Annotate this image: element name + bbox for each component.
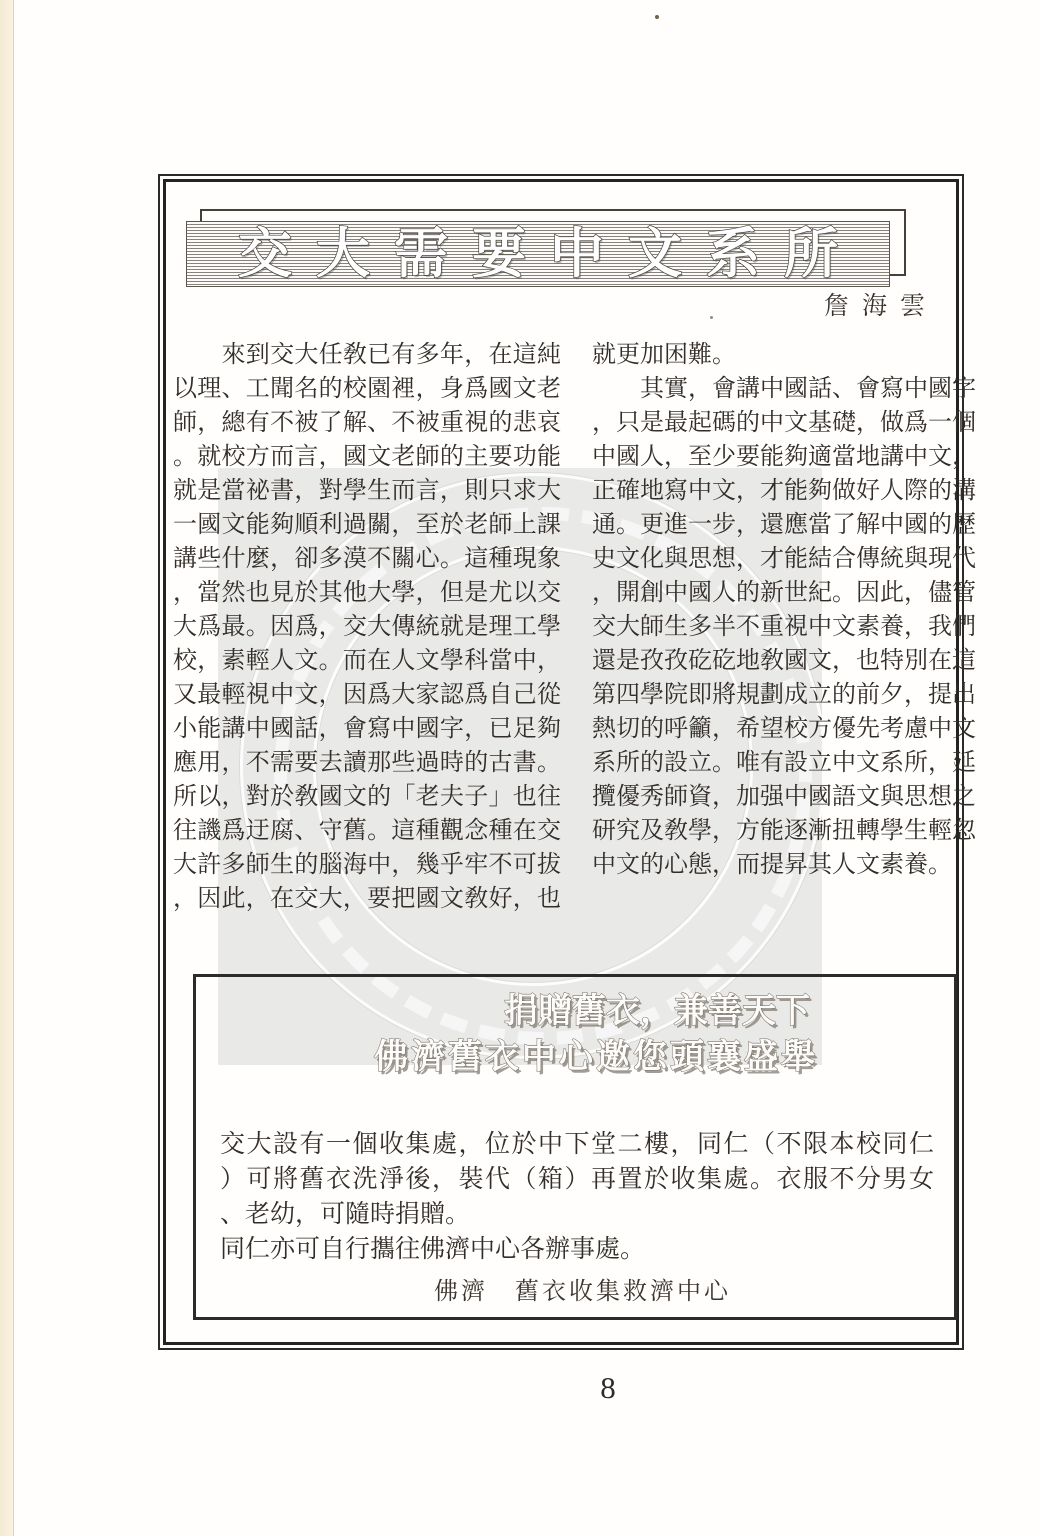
article-line: 攬優秀師資，加强中國語文與思想之 (592, 780, 975, 814)
article-line: 中國人，至少要能夠適當地講中文， (592, 440, 975, 474)
article-line: 通。更進一步，還應當了解中國的歷 (592, 508, 975, 542)
article-line: ，當然也見於其他大學，但是尤以交 (173, 576, 561, 610)
scan-edge-strip (0, 0, 14, 1536)
article-right-column: 就更加困難。 其實，會講中國話、會寫中國字 ，只是最起碼的中文基礎，做爲一個 中… (592, 338, 975, 882)
article-line: ，只是最起碼的中文基礎，做爲一個 (592, 406, 975, 440)
notice-body: 交大設有一個收集處，位於中下堂二樓，同仁（不限本校同仁 ）可將舊衣洗淨後，裝代（… (220, 1127, 934, 1267)
article-line: 研究及敎學，方能逐漸扭轉學生輕忽 (592, 814, 975, 848)
article-line: 。就校方而言，國文老師的主要功能 (173, 440, 561, 474)
notice-body-line: ）可將舊衣洗淨後，裝代（箱）再置於收集處。衣服不分男女 (220, 1162, 934, 1197)
article-line: 第四學院即將規劃成立的前夕，提出 (592, 678, 975, 712)
article-line: 熱切的呼籲，希望校方優先考慮中文 (592, 712, 975, 746)
article-line: 正確地寫中文，才能夠做好人際的溝 (592, 474, 975, 508)
article-line: 校，素輕人文。而在人文學科當中， (173, 644, 561, 678)
article-line: 系所的設立。唯有設立中文系所，延 (592, 746, 975, 780)
article-line: ，開創中國人的新世紀。因此，儘管 (592, 576, 975, 610)
article-title: 交大需要中文系所 (214, 227, 862, 281)
article-line: 中文的心態，而提昇其人文素養。 (592, 848, 975, 882)
article-line: 所以，對於敎國文的「老夫子」也往 (173, 780, 561, 814)
article-line: 講些什麼，卻多漠不關心。這種現象 (173, 542, 561, 576)
article-line: ，因此，在交大，要把國文敎好，也 (173, 882, 561, 916)
article-line: 來到交大任敎已有多年，在這純 (173, 338, 561, 372)
article-line: 師，總有不被了解、不被重視的悲哀 (173, 406, 561, 440)
notice-body-line: 、老幼，可隨時捐贈。 (220, 1197, 934, 1232)
notice-signature: 佛濟 舊衣收集救濟中心 (434, 1271, 731, 1306)
article-line: 其實，會講中國話、會寫中國字 (592, 372, 975, 406)
article-line: 往譏爲迂腐、守舊。這種觀念種在交 (173, 814, 561, 848)
article-line: 還是孜孜矻矻地敎國文，也特別在這 (592, 644, 975, 678)
notice-body-line: 同仁亦可自行攜往佛濟中心各辦事處。 (220, 1232, 934, 1267)
article-line: 以理、工聞名的校園裡，身爲國文老 (173, 372, 561, 406)
article-line: 一國文能夠順利過關，至於老師上課 (173, 508, 561, 542)
notice-title-line2: 佛濟舊衣中心邀您頭襄盛舉 (374, 1041, 818, 1075)
article-line: 史文化與思想，才能結合傳統與現代 (592, 542, 975, 576)
author-name: 詹海雲 (700, 286, 938, 322)
scanned-document-page: 交大需要中文系所 詹海雲 來到交大任敎已有多年，在這純 以理、工聞名的校園裡，身… (0, 0, 1039, 1536)
notice-title-line1: 捐贈舊衣，兼善天下 (504, 995, 810, 1029)
article-line: 大許多師生的腦海中，幾乎牢不可拔 (173, 848, 561, 882)
article-line: 就更加困難。 (592, 338, 975, 372)
page-number: 8 (586, 1370, 630, 1406)
article-line: 交大師生多半不重視中文素養，我們 (592, 610, 975, 644)
article-line: 大爲最。因爲，交大傳統就是理工學 (173, 610, 561, 644)
article-left-column: 來到交大任敎已有多年，在這純 以理、工聞名的校園裡，身爲國文老 師，總有不被了解… (173, 338, 561, 916)
article-line: 就是當祕書，對學生而言，則只求大 (173, 474, 561, 508)
article-line: 應用，不需要去讀那些過時的古書。 (173, 746, 561, 780)
article-line: 又最輕視中文，因爲大家認爲自己從 (173, 678, 561, 712)
scan-speck (710, 316, 713, 319)
scan-speck (655, 15, 659, 19)
donation-notice-box: 捐贈舊衣，兼善天下 佛濟舊衣中心邀您頭襄盛舉 交大設有一個收集處，位於中下堂二樓… (193, 974, 957, 1320)
title-banner: 交大需要中文系所 (186, 221, 890, 287)
article-line: 小能講中國話，會寫中國字，已足夠 (173, 712, 561, 746)
notice-body-line: 交大設有一個收集處，位於中下堂二樓，同仁（不限本校同仁 (220, 1127, 934, 1162)
